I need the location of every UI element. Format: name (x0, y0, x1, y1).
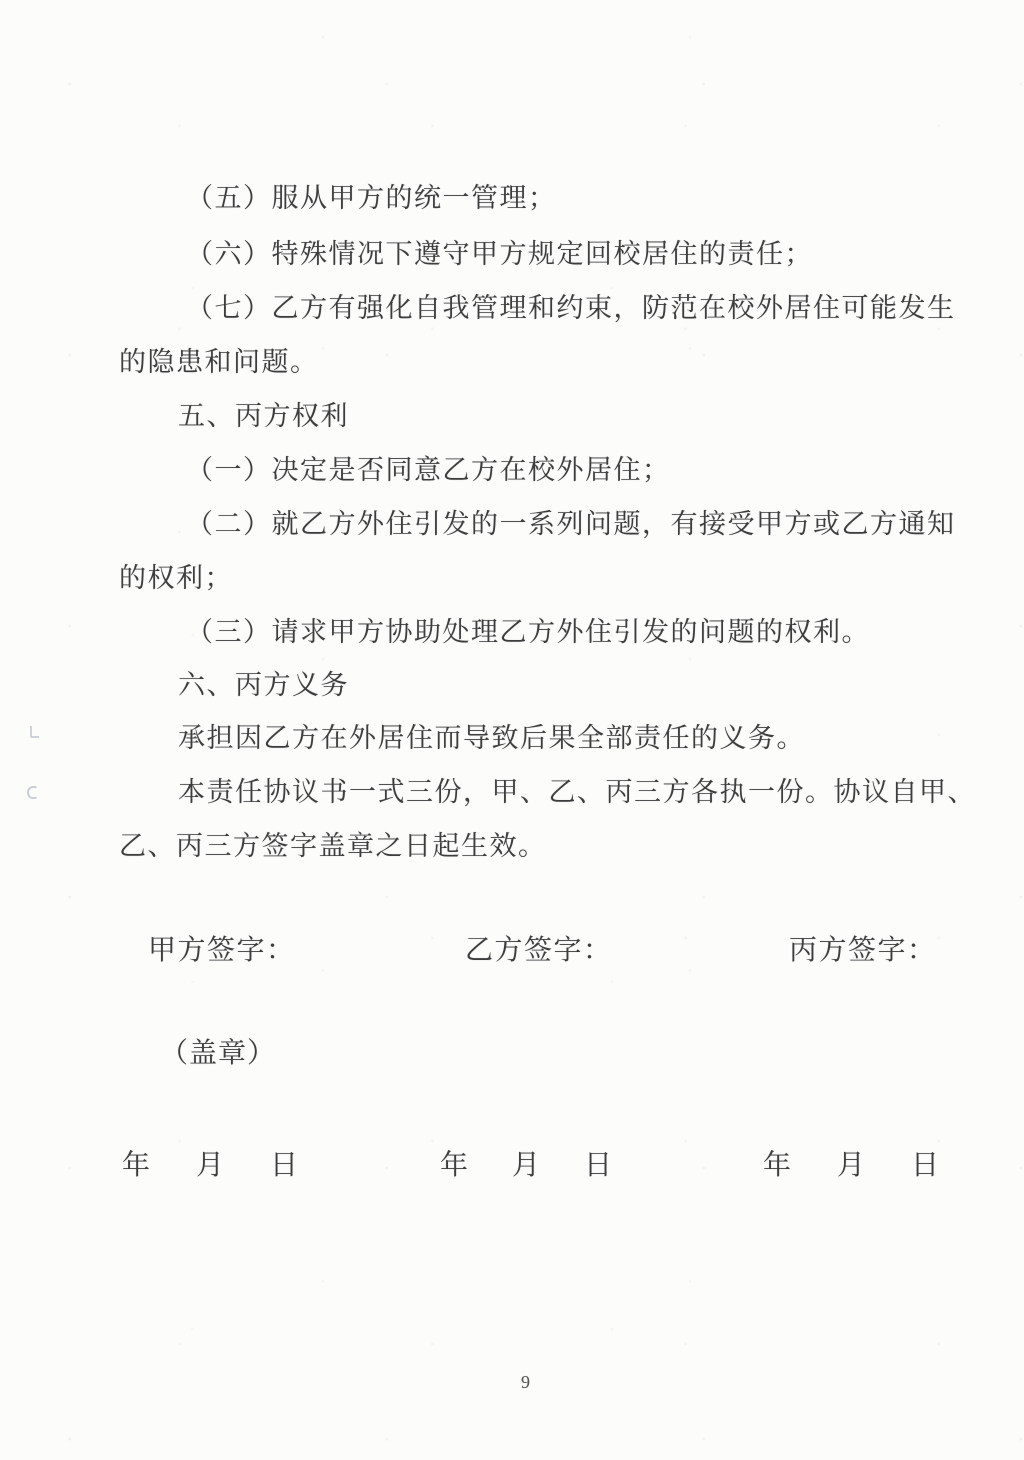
day-label: 日 (911, 1152, 939, 1180)
clause-7-continuation-line: 的隐患和问题。 (119, 349, 319, 376)
day-label: 日 (584, 1152, 612, 1180)
month-label: 月 (196, 1152, 224, 1180)
scanned-document-page: （五）服从甲方的统一管理； （六）特殊情况下遵守甲方规定回校居住的责任； （七）… (0, 0, 1024, 1460)
section-5-item-2-line: （二）就乙方外住引发的一系列问题，有接受甲方或乙方通知 (186, 511, 956, 538)
month-label: 月 (512, 1152, 540, 1180)
year-label: 年 (763, 1152, 791, 1180)
date-line-party-b: 年 月 日 (440, 1152, 612, 1180)
closing-clause-line: 本责任协议书一式三份，甲、乙、丙三方各执一份。协议自甲、 (178, 779, 976, 806)
section-6-obligation-line: 承担因乙方在外居住而导致后果全部责任的义务。 (178, 725, 805, 752)
section-5-item-2-continuation-line: 的权利； (119, 565, 233, 592)
section-5-item-1-line: （一）决定是否同意乙方在校外居住； (186, 457, 671, 484)
month-label: 月 (837, 1152, 865, 1180)
page-number: 9 (521, 1372, 530, 1393)
seal-note: （盖章） (160, 1040, 276, 1068)
year-label: 年 (122, 1152, 150, 1180)
party-b-signature-label: 乙方签字： (465, 937, 613, 965)
scan-artifact-mark (30, 726, 39, 738)
clause-7-line: （七）乙方有强化自我管理和约束，防范在校外居住可能发生 (186, 295, 956, 322)
scan-artifact-mark (27, 786, 38, 799)
party-c-signature-label: 丙方签字： (789, 937, 937, 965)
section-5-item-3-line: （三）请求甲方协助处理乙方外住引发的问题的权利。 (186, 619, 870, 646)
date-line-party-c: 年 月 日 (763, 1152, 939, 1180)
party-a-signature-label: 甲方签字： (148, 937, 296, 965)
closing-clause-continuation-line: 乙、丙三方签字盖章之日起生效。 (119, 833, 547, 860)
section-6-heading: 六、丙方义务 (178, 672, 349, 699)
section-5-heading: 五、丙方权利 (178, 403, 349, 430)
date-line-party-a: 年 月 日 (122, 1152, 298, 1180)
clause-6-line: （六）特殊情况下遵守甲方规定回校居住的责任； (186, 241, 813, 268)
year-label: 年 (440, 1152, 468, 1180)
clause-5-line: （五）服从甲方的统一管理； (186, 185, 557, 212)
day-label: 日 (270, 1152, 298, 1180)
